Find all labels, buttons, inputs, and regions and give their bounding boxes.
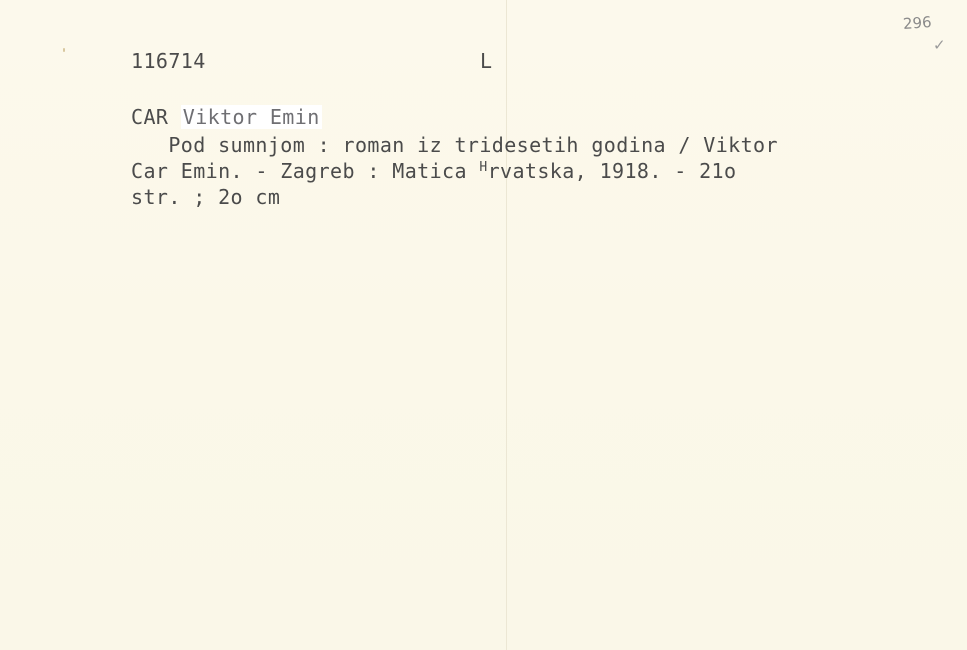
author-heading: CAR Viktor Emin <box>131 104 322 130</box>
handwritten-page-number: 296 <box>902 13 932 33</box>
author-surname: CAR <box>131 105 168 129</box>
description-line-2: Car Emin. - Zagreb : Matica Hrvatska, 19… <box>131 158 736 184</box>
publication-text: Car Emin. - Zagreb : Matica <box>131 159 479 183</box>
card-fold-line <box>506 0 507 650</box>
description-line-3: str. ; 2o cm <box>131 184 280 210</box>
description-line-1: Pod sumnjom : roman iz tridesetih godina… <box>131 132 778 158</box>
catalog-card: 116714 L CAR Viktor Emin Pod sumnjom : r… <box>0 0 967 650</box>
location-code: L <box>480 48 492 74</box>
author-given-names: Viktor Emin <box>181 105 322 129</box>
check-mark-icon: ✓ <box>933 36 946 54</box>
publication-text-continued: rvatska, 1918. - 21o <box>488 159 737 183</box>
paper-speck <box>63 48 65 52</box>
accession-number: 116714 <box>131 48 206 74</box>
corrected-letter: H <box>479 160 487 175</box>
